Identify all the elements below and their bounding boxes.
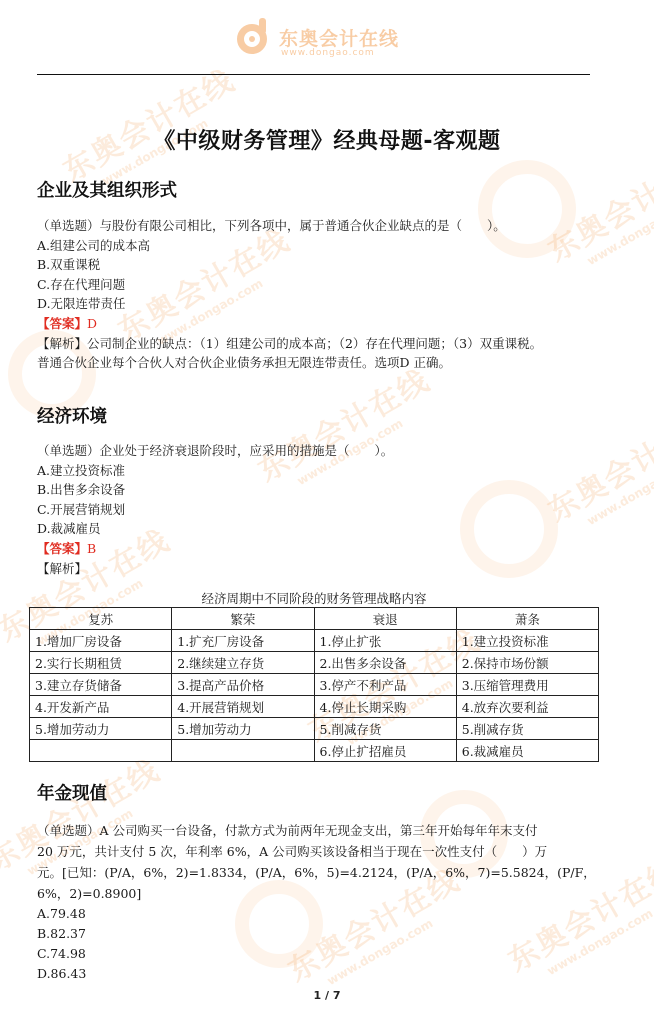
option-b: B.82.37 (37, 924, 607, 944)
table-cell: 5.增加劳动力 (172, 718, 314, 740)
table-cell: 6.停止扩招雇员 (314, 740, 456, 762)
column-header-prosperity: 繁荣 (172, 608, 314, 630)
table-cell: 1.扩充厂房设备 (172, 630, 314, 652)
analysis-line-2: 普通合伙企业每个合伙人对合伙企业债务承担无限连带责任。选项D 正确。 (37, 353, 607, 373)
option-b: B.出售多余设备 (37, 480, 607, 500)
section-organization-forms: 企业及其组织形式 （单选题）与股份有限公司相比，下列各项中，属于普通合伙企业缺点… (37, 178, 607, 373)
answer-line: 【答案】D (37, 314, 607, 334)
table-cell: 6.裁减雇员 (456, 740, 598, 762)
table-row: 6.停止扩招雇员 6.裁减雇员 (30, 740, 599, 762)
table-cell: 3.提高产品价格 (172, 674, 314, 696)
table-cell: 1.建立投资标准 (456, 630, 598, 652)
table-header-row: 复苏 繁荣 衰退 萧条 (30, 608, 599, 630)
logo-text: 东奥会计在线 (279, 24, 399, 51)
option-a: A.建立投资标准 (37, 461, 607, 481)
option-d: D.86.43 (37, 964, 607, 984)
table-cell: 1.停止扩张 (314, 630, 456, 652)
table-cell (172, 740, 314, 762)
question-stem-line-2: 20 万元，共计支付 5 次，年利率 6%，A 公司购买该设备相当于现在一次性支… (37, 841, 607, 862)
table-cell: 5.削减存货 (314, 718, 456, 740)
table-cell: 2.出售多余设备 (314, 652, 456, 674)
option-c: C.开展营销规划 (37, 500, 607, 520)
section-heading: 企业及其组织形式 (37, 178, 607, 204)
table-row: 3.建立存货储备 3.提高产品价格 3.停产不利产品 3.压缩管理费用 (30, 674, 599, 696)
answer-line: 【答案】B (37, 539, 607, 559)
question-stem-line-4: 6%，2)=0.8900] (37, 883, 607, 904)
option-b: B.双重课税 (37, 255, 607, 275)
table-row: 1.增加厂房设备 1.扩充厂房设备 1.停止扩张 1.建立投资标准 (30, 630, 599, 652)
analysis-text: 公司制企业的缺点：（1）组建公司的成本高；（2）存在代理问题；（3）双重课税。 (87, 336, 542, 351)
answer-label: 【答案】 (37, 316, 87, 331)
option-a: A.79.48 (37, 904, 607, 924)
column-header-depression: 萧条 (456, 608, 598, 630)
table-row: 4.开发新产品 4.开展营销规划 4.停止长期采购 4.放弃次要利益 (30, 696, 599, 718)
question-stem-line-1: （单选题）A 公司购买一台设备，付款方式为前两年无现金支出，第三年开始每年年末支… (37, 820, 607, 841)
option-c: C.存在代理问题 (37, 275, 607, 295)
table-cell: 4.开发新产品 (30, 696, 172, 718)
table-cell: 2.继续建立存货 (172, 652, 314, 674)
table-cell: 4.放弃次要利益 (456, 696, 598, 718)
table-cell: 2.实行长期租赁 (30, 652, 172, 674)
header-divider (37, 74, 590, 75)
question-stem: （单选题）与股份有限公司相比，下列各项中，属于普通合伙企业缺点的是（ ）。 (37, 216, 607, 236)
logo-url: www.dongao.com (281, 48, 375, 58)
header-logo: 东奥会计在线 www.dongao.com (237, 22, 412, 67)
table-cell: 4.停止长期采购 (314, 696, 456, 718)
option-c: C.74.98 (37, 944, 607, 964)
table-cell: 4.开展营销规划 (172, 696, 314, 718)
column-header-recession: 衰退 (314, 608, 456, 630)
answer-label: 【答案】 (37, 541, 87, 556)
table-cell: 3.压缩管理费用 (456, 674, 598, 696)
section-heading: 经济环境 (37, 404, 607, 430)
logo-mark-icon (237, 24, 267, 54)
table-row: 2.实行长期租赁 2.继续建立存货 2.出售多余设备 2.保持市场份额 (30, 652, 599, 674)
analysis-label: 【解析】 (37, 559, 607, 579)
table-caption: 经济周期中不同阶段的财务管理战略内容 (29, 589, 599, 607)
section-heading: 年金现值 (37, 781, 607, 807)
table-cell: 5.削减存货 (456, 718, 598, 740)
economic-cycle-strategy-table: 复苏 繁荣 衰退 萧条 1.增加厂房设备 1.扩充厂房设备 1.停止扩张 1.建… (29, 607, 599, 762)
option-d: D.裁减雇员 (37, 519, 607, 539)
option-d: D.无限连带责任 (37, 294, 607, 314)
analysis-line: 【解析】公司制企业的缺点：（1）组建公司的成本高；（2）存在代理问题；（3）双重… (37, 334, 607, 354)
section-economic-environment: 经济环境 （单选题）企业处于经济衰退阶段时，应采用的措施是（ ）。 A.建立投资… (37, 404, 607, 578)
table-cell: 1.增加厂房设备 (30, 630, 172, 652)
section-annuity-present-value: 年金现值 （单选题）A 公司购买一台设备，付款方式为前两年无现金支出，第三年开始… (37, 781, 607, 984)
analysis-label: 【解析】 (37, 336, 87, 351)
column-header-recovery: 复苏 (30, 608, 172, 630)
question-stem-line-3: 元。[已知：(P/A，6%，2)=1.8334，(P/A，6%，5)=4.212… (37, 862, 607, 883)
page-indicator: 1 / 7 (0, 989, 654, 1002)
table-cell: 3.停产不利产品 (314, 674, 456, 696)
table-cell (30, 740, 172, 762)
table-row: 5.增加劳动力 5.增加劳动力 5.削减存货 5.削减存货 (30, 718, 599, 740)
document-title: 《中级财务管理》经典母题-客观题 (0, 124, 654, 155)
table-cell: 2.保持市场份额 (456, 652, 598, 674)
table-cell: 5.增加劳动力 (30, 718, 172, 740)
table-cell: 3.建立存货储备 (30, 674, 172, 696)
answer-value: D (87, 316, 97, 331)
option-a: A.组建公司的成本高 (37, 236, 607, 256)
answer-value: B (87, 541, 96, 556)
question-stem: （单选题）企业处于经济衰退阶段时，应采用的措施是（ ）。 (37, 441, 607, 461)
